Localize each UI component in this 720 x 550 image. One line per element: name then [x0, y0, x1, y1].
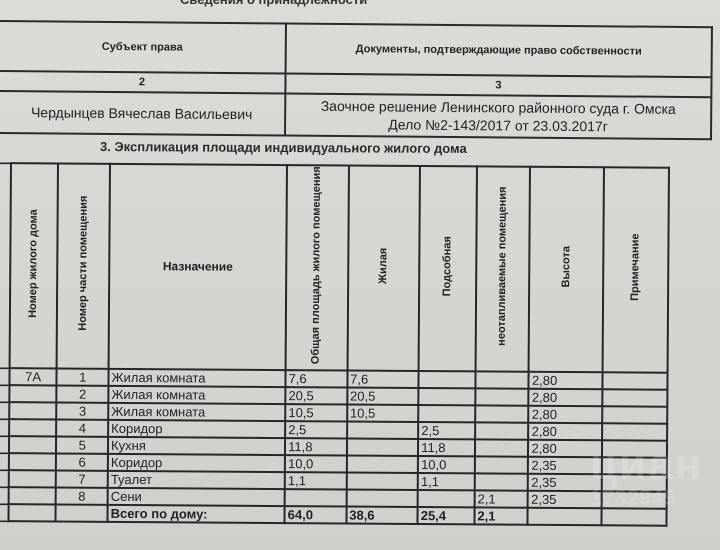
cell-height: 2,80: [529, 406, 603, 424]
blank-cell: [0, 487, 9, 504]
cell-total: 10,5: [285, 404, 347, 421]
cell-auxiliary: [418, 405, 475, 422]
cell-unheated: [475, 371, 529, 388]
blank-cell: [0, 436, 9, 453]
cell-height: 2,35: [528, 457, 602, 475]
margin-cell: [667, 492, 707, 509]
subject-value: Чердынцев Вячеслав Васильевич: [0, 91, 285, 136]
cell-living: [346, 489, 418, 506]
cell-total: 20,5: [285, 387, 347, 404]
cell-purpose: Туалет: [108, 471, 285, 489]
margin-cell: [667, 509, 707, 526]
cell-purpose: Коридор: [108, 454, 285, 472]
margin-cell: [667, 424, 707, 441]
cell-house: [9, 419, 57, 436]
cell-living: 7,6: [347, 370, 419, 387]
note-header: Примечание: [602, 167, 669, 372]
blank-cell: [0, 419, 9, 436]
total-blank-cell: [56, 504, 108, 521]
cell-house: [9, 436, 57, 453]
document-page: Сведения о принадлежности Субъект права …: [0, 0, 720, 550]
cell-height: 2,35: [528, 474, 602, 492]
cell-unheated: [475, 439, 529, 456]
document-line-1: Заочное решение Ленинского районного суд…: [286, 97, 710, 119]
cell-living: [346, 472, 418, 489]
cell-purpose: Жилая комната: [108, 386, 285, 404]
cell-part: 7: [56, 470, 108, 487]
cell-living: [347, 421, 419, 438]
cell-part: 2: [57, 385, 109, 402]
margin-cell: [667, 441, 707, 458]
documents-header: Документы, подтверждающие право собствен…: [286, 24, 712, 78]
cell-house: [9, 385, 57, 402]
cell-house: 7А: [9, 368, 57, 385]
cell-total: 7,6: [286, 370, 348, 387]
cell-total: 2,5: [285, 421, 347, 438]
cell-height: 2,80: [529, 423, 603, 441]
cell-purpose: Коридор: [108, 420, 285, 438]
cell-height: 2,80: [529, 389, 603, 407]
blank-cell: [0, 385, 9, 402]
purpose-header: Назначение: [109, 164, 287, 370]
total-auxiliary: 25,4: [418, 507, 475, 524]
cell-part: 3: [57, 402, 109, 419]
cell-height: 2,80: [529, 372, 603, 390]
cell-house: [9, 402, 57, 419]
cell-purpose: Кухня: [108, 437, 285, 455]
cell-note: [602, 372, 668, 389]
margin-cell: [668, 373, 708, 390]
cell-note: [602, 440, 668, 457]
subject-header: Субъект права: [0, 21, 286, 74]
cell-total: 1,1: [285, 472, 347, 489]
cell-total: 10,0: [285, 455, 347, 472]
cell-note: [602, 474, 668, 491]
auxiliary-header: Подсобная: [419, 166, 477, 371]
cell-house: [8, 487, 56, 504]
explication-table: Номер жилого дома Номер части помещения …: [0, 162, 710, 527]
blank-cell: [0, 470, 9, 487]
margin-cell: [667, 458, 707, 475]
section-title: 3. Экспликация площади индивидуального ж…: [100, 139, 467, 156]
cell-auxiliary: [419, 388, 476, 405]
cell-part: 4: [57, 419, 109, 436]
total-label: Всего по дому:: [108, 505, 285, 523]
header-fragment: Сведения о принадлежности: [180, 0, 500, 6]
cell-note: [602, 406, 668, 423]
column-number-2: 2: [0, 71, 286, 94]
cell-purpose: Жилая комната: [108, 403, 285, 421]
height-header: Высота: [529, 167, 604, 372]
blank-cell: [0, 453, 9, 470]
cell-unheated: [475, 473, 529, 490]
cell-unheated: [475, 456, 529, 473]
cell-total: [285, 489, 347, 506]
cell-part: 8: [56, 487, 108, 504]
house-number-header: Номер жилого дома: [9, 163, 58, 368]
cell-part: 6: [56, 453, 108, 470]
cell-height: 2,35: [528, 491, 602, 509]
cell-house: [9, 470, 57, 487]
document-value: Заочное решение Ленинского районного суд…: [285, 94, 711, 140]
cell-auxiliary: 1,1: [418, 473, 475, 490]
cell-total: 11,8: [285, 438, 347, 455]
blank-cell: [0, 368, 9, 385]
cell-auxiliary: [418, 490, 475, 507]
cell-purpose: Сени: [108, 488, 285, 506]
cell-unheated: [475, 422, 529, 439]
cell-note: [602, 491, 668, 508]
cell-height: 2,80: [528, 440, 602, 458]
blank-header-right: [668, 168, 709, 373]
cell-note: [602, 457, 668, 474]
cell-house: [9, 453, 57, 470]
total-blank-cell: [0, 504, 8, 521]
explication-header-row: Номер жилого дома Номер части помещения …: [0, 163, 709, 373]
cell-part: 5: [56, 436, 108, 453]
total-blank-cell: [601, 508, 667, 525]
cell-auxiliary: 2,5: [418, 422, 475, 439]
cell-living: [347, 455, 419, 472]
total-row: Всего по дому:64,038,625,42,1: [0, 504, 707, 526]
total-total: 64,0: [285, 506, 347, 523]
cell-note: [602, 423, 668, 440]
living-header: Жилая: [347, 166, 420, 371]
unheated-header: неотапливаемые помещения: [475, 166, 530, 371]
cell-part: 1: [57, 368, 109, 385]
cell-note: [602, 389, 668, 406]
cell-living: [347, 438, 419, 455]
cell-auxiliary: [419, 371, 476, 388]
cell-unheated: [475, 405, 529, 422]
ownership-table: Субъект права Документы, подтверждающие …: [0, 20, 713, 140]
total-living: 38,6: [346, 506, 418, 523]
margin-cell: [667, 475, 707, 492]
margin-cell: [668, 407, 708, 424]
cell-auxiliary: 10,0: [418, 456, 475, 473]
total-unheated: 2,1: [474, 507, 528, 524]
part-number-header: Номер части помещения: [57, 163, 110, 368]
document-line-2: Дело №2-143/2017 от 23.03.2017г: [286, 115, 710, 137]
cell-unheated: 2,1: [474, 490, 528, 507]
blank-cell: [0, 402, 9, 419]
cell-auxiliary: 11,8: [418, 439, 475, 456]
cell-living: 10,5: [347, 404, 419, 421]
margin-cell: [668, 390, 708, 407]
cell-purpose: Жилая комната: [109, 369, 286, 387]
total-area-header: Общая площадь жилого помещения: [286, 165, 349, 370]
total-blank-cell: [528, 508, 602, 526]
cell-unheated: [475, 388, 529, 405]
total-blank-cell: [8, 504, 56, 521]
cell-living: 20,5: [347, 387, 419, 404]
